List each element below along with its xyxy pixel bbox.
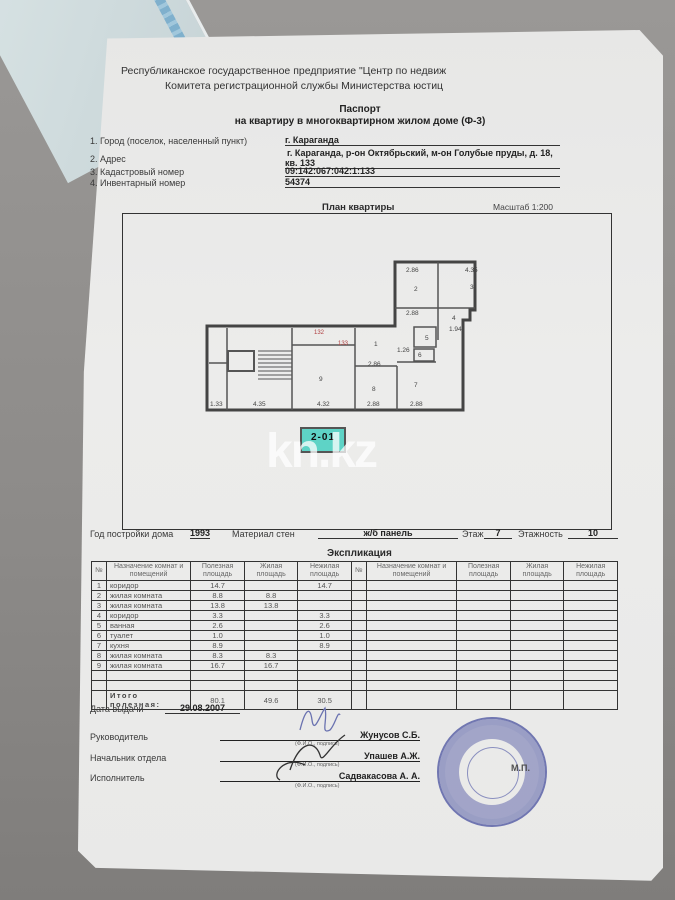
svg-text:2.88: 2.88 <box>410 401 423 408</box>
svg-text:133: 133 <box>338 341 349 347</box>
svg-text:2: 2 <box>414 286 418 293</box>
explication-table: №Назначение комнат и помещенийПолезная п… <box>91 561 618 710</box>
table-row: 7кухня8.98.9 <box>92 641 618 651</box>
svg-text:8: 8 <box>372 386 376 393</box>
table-row: 9жилая комната16.716.7 <box>92 661 618 671</box>
table-row <box>92 681 618 691</box>
floor-label: Этаж <box>462 529 484 539</box>
role-executor: Исполнитель <box>90 773 145 783</box>
svg-text:2.88: 2.88 <box>367 401 380 408</box>
role-head: Руководитель <box>90 732 148 742</box>
table-row: 3жилая комната13.813.8 <box>92 601 618 611</box>
explication-title: Экспликация <box>327 548 392 559</box>
svg-text:4: 4 <box>452 315 456 322</box>
role-dept: Начальник отдела <box>90 753 166 763</box>
svg-text:4.35: 4.35 <box>465 267 478 274</box>
issue-date-value: 29.08.2007 <box>165 703 240 714</box>
svg-text:1: 1 <box>374 341 378 348</box>
table-row: 1коридор14.714.7 <box>92 581 618 591</box>
svg-text:3: 3 <box>470 284 474 291</box>
table-row: 8жилая комната8.38.3 <box>92 651 618 661</box>
official-stamp: М.П. <box>437 717 547 827</box>
svg-text:1.33: 1.33 <box>210 401 223 408</box>
issue-date-label: Дата выдачи <box>90 704 143 714</box>
svg-text:4.32: 4.32 <box>317 401 330 408</box>
table-row <box>92 671 618 681</box>
table-row: 5ванная2.62.6 <box>92 621 618 631</box>
svg-text:132: 132 <box>314 330 325 336</box>
table-row: 6туалет1.01.0 <box>92 631 618 641</box>
svg-text:5: 5 <box>425 335 429 342</box>
floors-value: 10 <box>568 528 618 539</box>
floors-label: Этажность <box>518 529 563 539</box>
material-label: Материал стен <box>232 529 295 539</box>
svg-text:7: 7 <box>414 382 418 389</box>
watermark-logo: kn.kz <box>266 424 376 479</box>
svg-text:2.88: 2.88 <box>406 310 419 317</box>
svg-text:2.86: 2.86 <box>368 361 381 368</box>
signatures <box>250 700 360 790</box>
svg-text:4.35: 4.35 <box>253 401 266 408</box>
year-value: 1993 <box>190 528 210 539</box>
table-row: 2жилая комната8.88.8 <box>92 591 618 601</box>
svg-text:6: 6 <box>418 352 422 359</box>
material-value: ж/б панель <box>318 528 458 539</box>
svg-text:9: 9 <box>319 376 323 383</box>
svg-text:1.94: 1.94 <box>449 326 462 333</box>
floor-value: 7 <box>484 528 512 539</box>
svg-text:2.86: 2.86 <box>406 267 419 274</box>
svg-text:1.26: 1.26 <box>397 347 410 354</box>
year-label: Год постройки дома <box>90 529 173 539</box>
table-row: 4коридор3.33.3 <box>92 611 618 621</box>
